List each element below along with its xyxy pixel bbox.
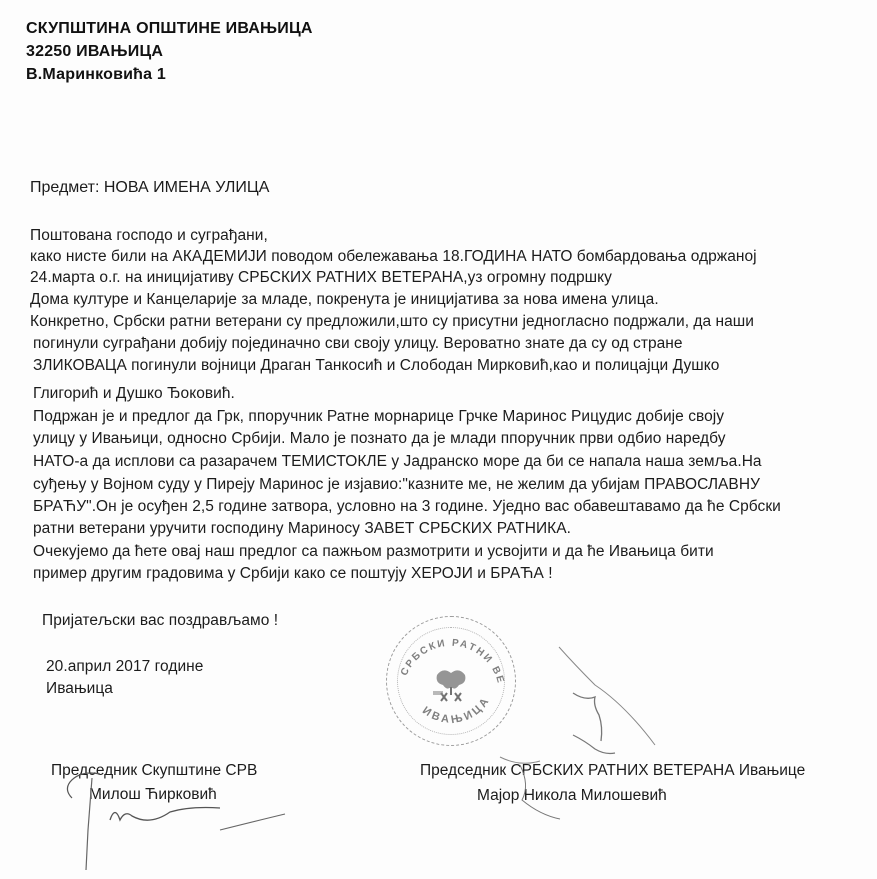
letterhead-organization: СКУПШТИНА ОПШТИНЕ ИВАЊИЦА xyxy=(26,20,313,38)
body-line: пример другим градовима у Србији како се… xyxy=(33,565,553,583)
body-line: Поштована господо и суграђани, xyxy=(30,227,268,245)
body-line: ЗЛИКОВАЦА погинули војници Драган Танкос… xyxy=(33,357,719,375)
body-line: ратни ветерани уручити господину Маринос… xyxy=(33,520,571,538)
body-line: БРАЋУ".Он је осуђен 2,5 године затвора, … xyxy=(33,498,781,516)
letterhead-street: В.Маринковића 1 xyxy=(26,66,166,84)
letter-place: Ивањица xyxy=(46,680,113,698)
body-line: погинули суграђани добију појединачно св… xyxy=(33,335,683,353)
body-line: НАТО-а да исплови са разарачем ТЕМИСТОКЛ… xyxy=(33,453,762,471)
left-signature-scribble-icon xyxy=(60,770,300,879)
letter-page: СКУПШТИНА ОПШТИНЕ ИВАЊИЦА 32250 ИВАЊИЦА … xyxy=(0,0,877,879)
body-line: Дома културе и Канцеларије за младе, пок… xyxy=(30,291,659,309)
body-line: Конкретно, Србски ратни ветерани су пред… xyxy=(30,313,754,331)
closing-greeting: Пријатељски вас поздрављамо ! xyxy=(42,612,278,630)
body-line: Глигорић и Душко Ђоковић. xyxy=(33,385,235,403)
letterhead-postal-city: 32250 ИВАЊИЦА xyxy=(26,43,163,61)
official-stamp: СРБСКИ РАТНИ ВЕТЕРАНИ ИВАЊИЦА xyxy=(386,616,516,746)
stamp-emblem-icon xyxy=(429,661,473,705)
letter-date: 20.април 2017 године xyxy=(46,658,203,676)
body-line: суђењу у Војном суду у Пиреју Маринос је… xyxy=(33,476,760,494)
right-signature-scribble-icon xyxy=(555,645,695,765)
body-line: Подржан је и предлог да Грк, ппоручник Р… xyxy=(33,408,724,426)
body-line: Очекујемо да ћете овај наш предлог са па… xyxy=(33,543,714,561)
right-signature-overlay-icon xyxy=(500,755,620,825)
body-line: како нисте били на АКАДЕМИЈИ поводом обе… xyxy=(30,248,757,266)
subject-line: Предмет: НОВА ИМЕНА УЛИЦА xyxy=(30,179,269,197)
body-line: улицу у Ивањици, односно Србији. Мало је… xyxy=(33,430,726,448)
body-line: 24.марта о.г. на иницијативу СРБСКИХ РАТ… xyxy=(30,269,612,287)
